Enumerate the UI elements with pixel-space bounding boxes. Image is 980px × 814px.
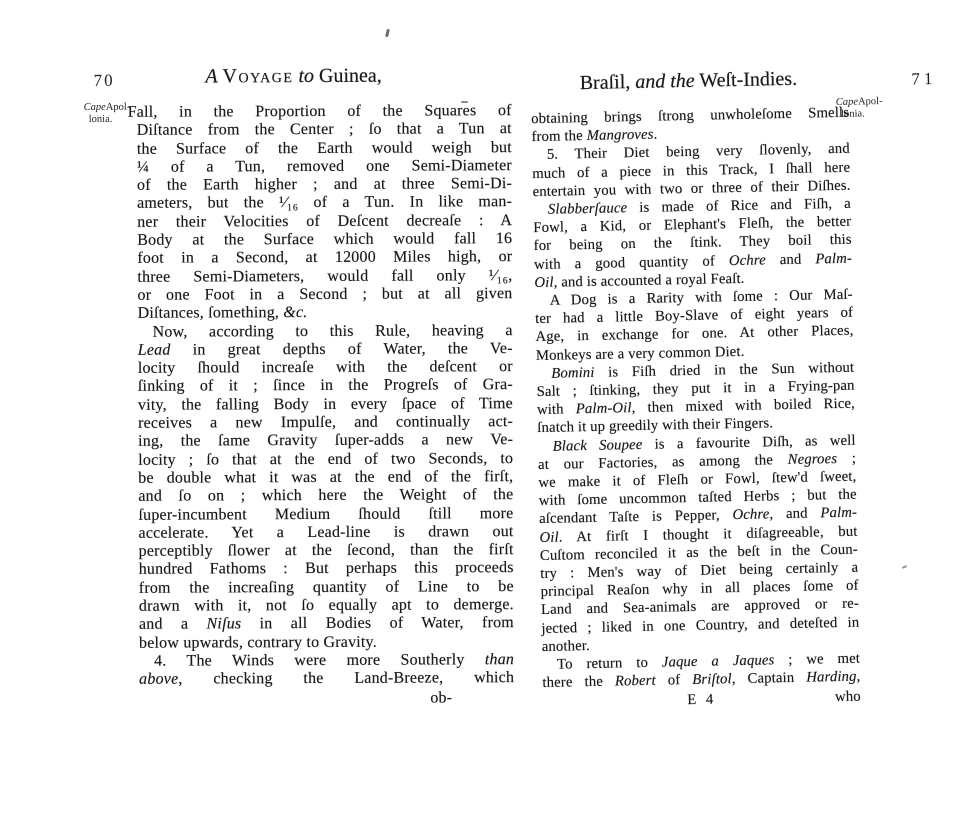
text-run: Cape xyxy=(84,102,106,113)
text-run: perceptibly ſlower at the ſecond, than t… xyxy=(139,541,514,560)
text-run: ner their Velocities of Deſcent decreaſe… xyxy=(137,212,512,231)
text-line: accelerate. Yet a Lead-line is drawn out xyxy=(138,523,513,543)
text-run: and a xyxy=(139,616,207,633)
text-run: locity ſhould increaſe with the deſcent … xyxy=(138,358,513,377)
text-run: Guinea, xyxy=(314,65,382,87)
paragraph: Fall, in the Proportion of the Squares o… xyxy=(137,102,513,323)
paragraph: 4. The Winds were more Southerly thanabo… xyxy=(139,651,514,689)
text-run: . xyxy=(653,127,657,143)
text-run: Lead xyxy=(138,341,171,358)
paragraph: 5. Their Diet being very ſlovenly, andmu… xyxy=(532,140,851,201)
text-run: to xyxy=(298,65,314,87)
text-line: hundred Fathoms : But perhaps this proce… xyxy=(139,560,514,580)
text-run: from the increaſing quantity of Line to … xyxy=(139,578,514,597)
text-run: Palm-Oil xyxy=(576,400,632,417)
text-run: and xyxy=(766,251,816,268)
text-line: ing, the ſame Gravity ſuper-adds a new V… xyxy=(138,431,513,451)
text-line: locity ; ſo that at the end of two Secon… xyxy=(138,450,513,470)
text-line: Lead in great depths of Water, the Ve- xyxy=(138,340,513,360)
text-run: , checking the Land-Breeze, which xyxy=(178,669,514,687)
text-run: Slabberſauce xyxy=(548,200,628,218)
text-run: lonia. xyxy=(89,113,113,124)
text-run: be double what it was at the end of the … xyxy=(138,468,513,487)
text-line: from the increaſing quantity of Line to … xyxy=(139,578,514,598)
text-run: aſcendant Taſte is Pepper, xyxy=(539,508,733,528)
text-line: three Semi-Diameters, would fall only ¹⁄… xyxy=(137,267,512,287)
text-line: ameters, but the ¹⁄₁₆ of a Tun. In like … xyxy=(137,194,512,214)
text-run: from the xyxy=(531,128,586,145)
text-run: the Surface of the Earth would weigh but xyxy=(137,139,512,158)
text-line: ſuper-incumbent Medium ſhould ſtill more xyxy=(138,505,513,525)
text-run: Ochre xyxy=(729,252,766,269)
text-line: and a Niſus in all Bodies of Water, from xyxy=(139,614,514,634)
text-line: Body at the Surface which would fall 16 xyxy=(137,230,512,250)
text-run: Voyage xyxy=(222,65,293,87)
text-run: than xyxy=(485,651,514,668)
text-run: locity ; ſo that at the end of two Secon… xyxy=(138,450,513,469)
text-run: To return to xyxy=(557,655,662,673)
page-body-right: obtaining brings ſtrong unwholeſome Smel… xyxy=(531,104,861,713)
text-run: with a good quantity of xyxy=(534,253,729,273)
text-line: Diſtance from the Center ; ſo that a Tun… xyxy=(137,120,512,140)
text-line: Fall, in the Proportion of the Squares o… xyxy=(137,102,512,122)
text-run: below upwards, contrary to Gravity. xyxy=(139,633,377,651)
text-run: above xyxy=(139,671,178,688)
text-line: be double what it was at the end of the … xyxy=(138,468,513,488)
paragraph: Now, according to this Rule, heaving aLe… xyxy=(138,322,514,653)
text-run: ſinking of it ; ſince in the Progreſs of… xyxy=(138,377,513,396)
text-line: ¼ of a Tun, removed one Semi-Diameter xyxy=(137,157,512,177)
text-line: and ſo on ; which here the Weight of the xyxy=(138,486,513,506)
text-line: above, checking the Land-Breeze, which xyxy=(139,669,514,689)
text-run: Palm- xyxy=(815,250,852,267)
text-run: Diſtances, ſomething, xyxy=(138,304,284,322)
text-run: Briſtol xyxy=(692,671,732,688)
page-footer: ob- xyxy=(139,689,514,710)
paragraph: Bomini is Fiſh dried in the Sun withoutS… xyxy=(536,359,855,438)
text-line: ner their Velocities of Deſcent decreaſe… xyxy=(137,212,512,232)
text-run: Ochre xyxy=(732,507,769,524)
running-title-right: Braſil, and the Weſt-Indies. xyxy=(527,67,849,96)
text-run: , and xyxy=(769,506,820,523)
text-line: 4. The Winds were more Southerly than xyxy=(139,651,514,671)
paragraph: Black Soupee is a favourite Diſh, as wel… xyxy=(538,431,860,656)
text-run: ; we met xyxy=(774,651,860,669)
text-run: and ſo on ; which here the Weight of the xyxy=(138,486,513,505)
text-run: Oil xyxy=(534,274,554,290)
text-run: Mangroves xyxy=(587,127,654,144)
text-run: Braſil, xyxy=(579,71,635,94)
text-line: of the Earth higher ; and at three Semi-… xyxy=(137,175,512,195)
text-run: drawn with it, not ſo equally apt to dem… xyxy=(139,596,514,615)
text-line: ſinking of it ; ſince in the Progreſs of… xyxy=(138,377,513,397)
text-run: of xyxy=(656,672,693,689)
text-run: Negroes xyxy=(788,451,838,468)
text-run: A xyxy=(205,65,217,87)
page-right: 71 Braſil, and the Weſt-Indies. CapeApol… xyxy=(505,54,964,763)
page-left: 70 A Voyage to Guinea, CapeApol-lonia. F… xyxy=(83,61,536,763)
scan-speck xyxy=(385,29,390,37)
paragraph: Slabberſauce is made of Rice and Fiſh, a… xyxy=(533,195,853,292)
text-run: Weſt-Indies. xyxy=(694,68,797,92)
paragraph: A Dog is a Rarity with ſome : Our Maſ-te… xyxy=(535,286,854,365)
text-line: Diſtances, ſomething, &c. xyxy=(138,303,513,323)
text-run: ¼ of a Tun, removed one Semi-Diameter xyxy=(137,157,512,176)
text-run: in all Bodies of Water, from xyxy=(241,614,514,632)
text-run: ; xyxy=(837,450,856,466)
page-body-left: Fall, in the Proportion of the Squares o… xyxy=(137,102,515,709)
text-run: in great depths of Water, the Ve- xyxy=(171,340,513,358)
text-run: ſuper-incumbent Medium ſhould ſtill more xyxy=(138,505,513,524)
text-run: another. xyxy=(542,638,590,655)
text-run: ameters, but the ¹⁄₁₆ of a Tun. In like … xyxy=(137,194,512,213)
text-run: Harding xyxy=(806,669,857,686)
text-run: Apol- xyxy=(858,96,883,107)
text-run: Oil xyxy=(539,529,559,545)
text-run: ing, the ſame Gravity ſuper-adds a new V… xyxy=(138,431,513,450)
text-run: vity, the falling Body in every ſpace of… xyxy=(138,395,513,414)
text-run: Body at the Surface which would fall 16 xyxy=(137,230,512,249)
text-line: the Surface of the Earth would weigh but xyxy=(137,139,512,159)
text-run: there the xyxy=(542,674,615,691)
text-run: or one Foot in a Second ; but at all giv… xyxy=(137,285,512,304)
text-run: &c. xyxy=(283,304,307,321)
text-run: Palm- xyxy=(820,505,857,522)
text-line: receives a new Impulſe, and continually … xyxy=(138,413,513,433)
text-line: perceptibly ſlower at the ſecond, than t… xyxy=(139,541,514,561)
running-title-left: A Voyage to Guinea, xyxy=(103,64,483,89)
text-run: Jaque a Jaques xyxy=(662,652,775,670)
text-run: , then mixed with boiled Rice, xyxy=(631,396,855,416)
text-run: Black Soupee xyxy=(553,437,643,455)
text-run: , Captain xyxy=(732,670,807,687)
text-run: and the xyxy=(635,70,695,93)
text-run: three Semi-Diameters, would fall only ¹⁄… xyxy=(137,267,512,286)
text-run: Robert xyxy=(615,673,656,690)
text-line: foot in a Second, at 12000 Miles high, o… xyxy=(137,248,512,268)
text-run: Now, according to this Rule, heaving a xyxy=(153,322,513,341)
catchword: who xyxy=(835,687,861,706)
text-run: of the Earth higher ; and at three Semi-… xyxy=(137,175,512,194)
text-line: drawn with it, not ſo equally apt to dem… xyxy=(139,596,514,616)
text-run: accelerate. Yet a Lead-line is drawn out xyxy=(138,523,513,542)
text-run: Fall, in the Proportion of the Squares o… xyxy=(128,102,512,121)
text-run: hundred Fathoms : But perhaps this proce… xyxy=(139,560,514,579)
text-line: Now, according to this Rule, heaving a xyxy=(138,322,513,342)
text-run: Bomini xyxy=(551,365,595,382)
text-run: with xyxy=(537,402,576,419)
text-run: foot in a Second, at 12000 Miles high, o… xyxy=(137,248,512,267)
text-line: below upwards, contrary to Gravity. xyxy=(139,633,514,653)
text-run: , xyxy=(856,669,860,685)
page-number-right: 71 xyxy=(911,69,936,89)
text-run: 4. The Winds were more Southerly xyxy=(154,651,485,669)
catchword: ob- xyxy=(430,689,452,707)
text-run: Diſtance from the Center ; ſo that a Tun… xyxy=(137,120,512,139)
text-line: locity ſhould increaſe with the deſcent … xyxy=(138,358,513,378)
text-run: Niſus xyxy=(206,616,241,633)
paragraph: To return to Jaque a Jaques ; we metther… xyxy=(542,650,861,693)
text-line: vity, the falling Body in every ſpace of… xyxy=(138,395,513,415)
text-run: receives a new Impulſe, and continually … xyxy=(138,413,513,432)
text-line: or one Foot in a Second ; but at all giv… xyxy=(137,285,512,305)
